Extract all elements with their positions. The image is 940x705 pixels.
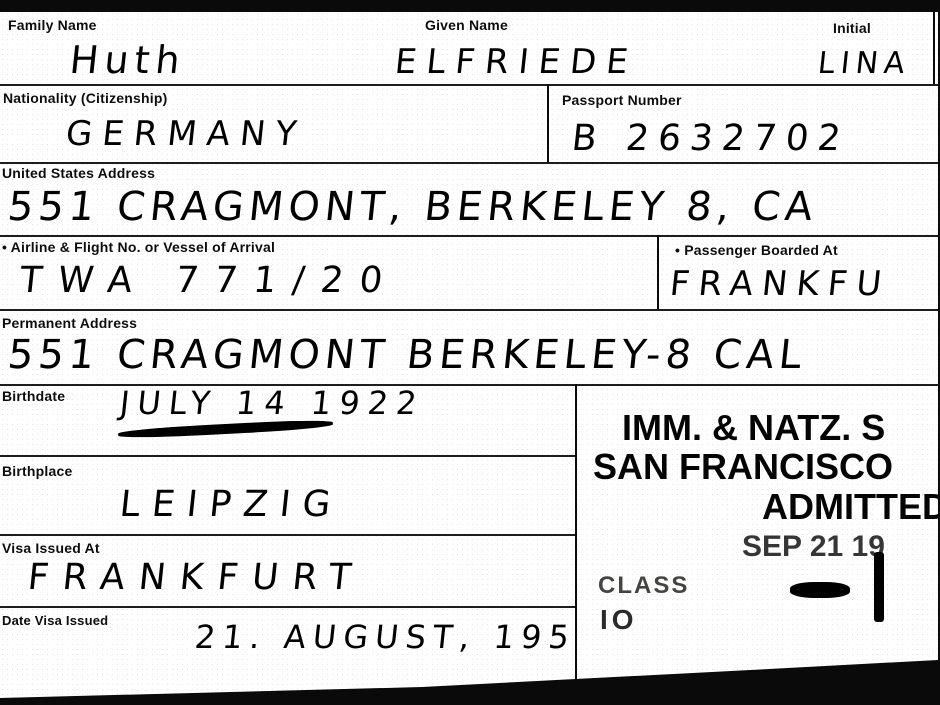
- row-divider: [0, 162, 938, 164]
- stamp-line3: ADMITTED: [762, 486, 940, 528]
- boarded-at-label: • Passenger Boarded At: [675, 242, 838, 258]
- permanent-address-value: 551 CRAGMONT BERKELEY-8 CAL: [6, 332, 809, 378]
- date-visa-issued-label: Date Visa Issued: [2, 613, 108, 628]
- passport-number-label: Passport Number: [562, 92, 682, 108]
- birthplace-value: LEIPZIG: [118, 484, 345, 525]
- date-visa-issued-value: 21. AUGUST, 195: [193, 618, 578, 656]
- permanent-address-label: Permanent Address: [2, 315, 137, 331]
- us-address-value: 551 CRAGMONT, BERKELEY 8, CA: [6, 184, 820, 230]
- initial-label: Initial: [833, 20, 871, 36]
- row-divider: [0, 534, 575, 536]
- birthplace-label: Birthplace: [2, 463, 72, 479]
- arrival-card: Family Name Huth Given Name ELFRIEDE Ini…: [0, 12, 938, 705]
- row-divider: [0, 455, 575, 457]
- us-address-label: United States Address: [2, 165, 155, 181]
- col-divider: [547, 84, 549, 162]
- passport-number-value: B 2632702: [570, 118, 852, 159]
- airline-flight-label: • Airline & Flight No. or Vessel of Arri…: [2, 239, 275, 255]
- initial-value: LINA: [816, 46, 912, 81]
- given-name-label: Given Name: [425, 17, 508, 33]
- birthdate-value: JULY 14 1922: [118, 384, 426, 422]
- row-divider: [0, 309, 938, 311]
- stamp-date: SEP 21 19: [742, 530, 885, 564]
- stamp-class-value: IO: [600, 604, 638, 636]
- row-divider: [0, 84, 938, 86]
- airline-flight-value: TWA 771/20: [18, 260, 401, 301]
- stamp-ink-smudge: [790, 582, 850, 598]
- family-name-label: Family Name: [8, 17, 97, 33]
- given-name-value: ELFRIEDE: [393, 42, 640, 82]
- birthdate-label: Birthdate: [2, 388, 65, 404]
- col-divider: [933, 12, 935, 84]
- nationality-value: GERMANY: [64, 114, 308, 154]
- boarded-at-value: FRANKFU: [668, 264, 892, 304]
- family-name-value: Huth: [68, 38, 188, 82]
- col-divider: [657, 235, 659, 309]
- row-divider: [0, 606, 575, 608]
- stamp-line2: SAN FRANCISCO: [593, 446, 893, 488]
- row-divider: [0, 235, 938, 237]
- stamp-ink-mark: [874, 552, 884, 622]
- stamp-class-label: CLASS: [598, 572, 689, 600]
- visa-issued-at-value: FRANKFURT: [26, 557, 367, 598]
- stamp-line1: IMM. & NATZ. S: [622, 407, 885, 449]
- nationality-label: Nationality (Citizenship): [3, 90, 167, 106]
- visa-issued-at-label: Visa Issued At: [2, 540, 100, 556]
